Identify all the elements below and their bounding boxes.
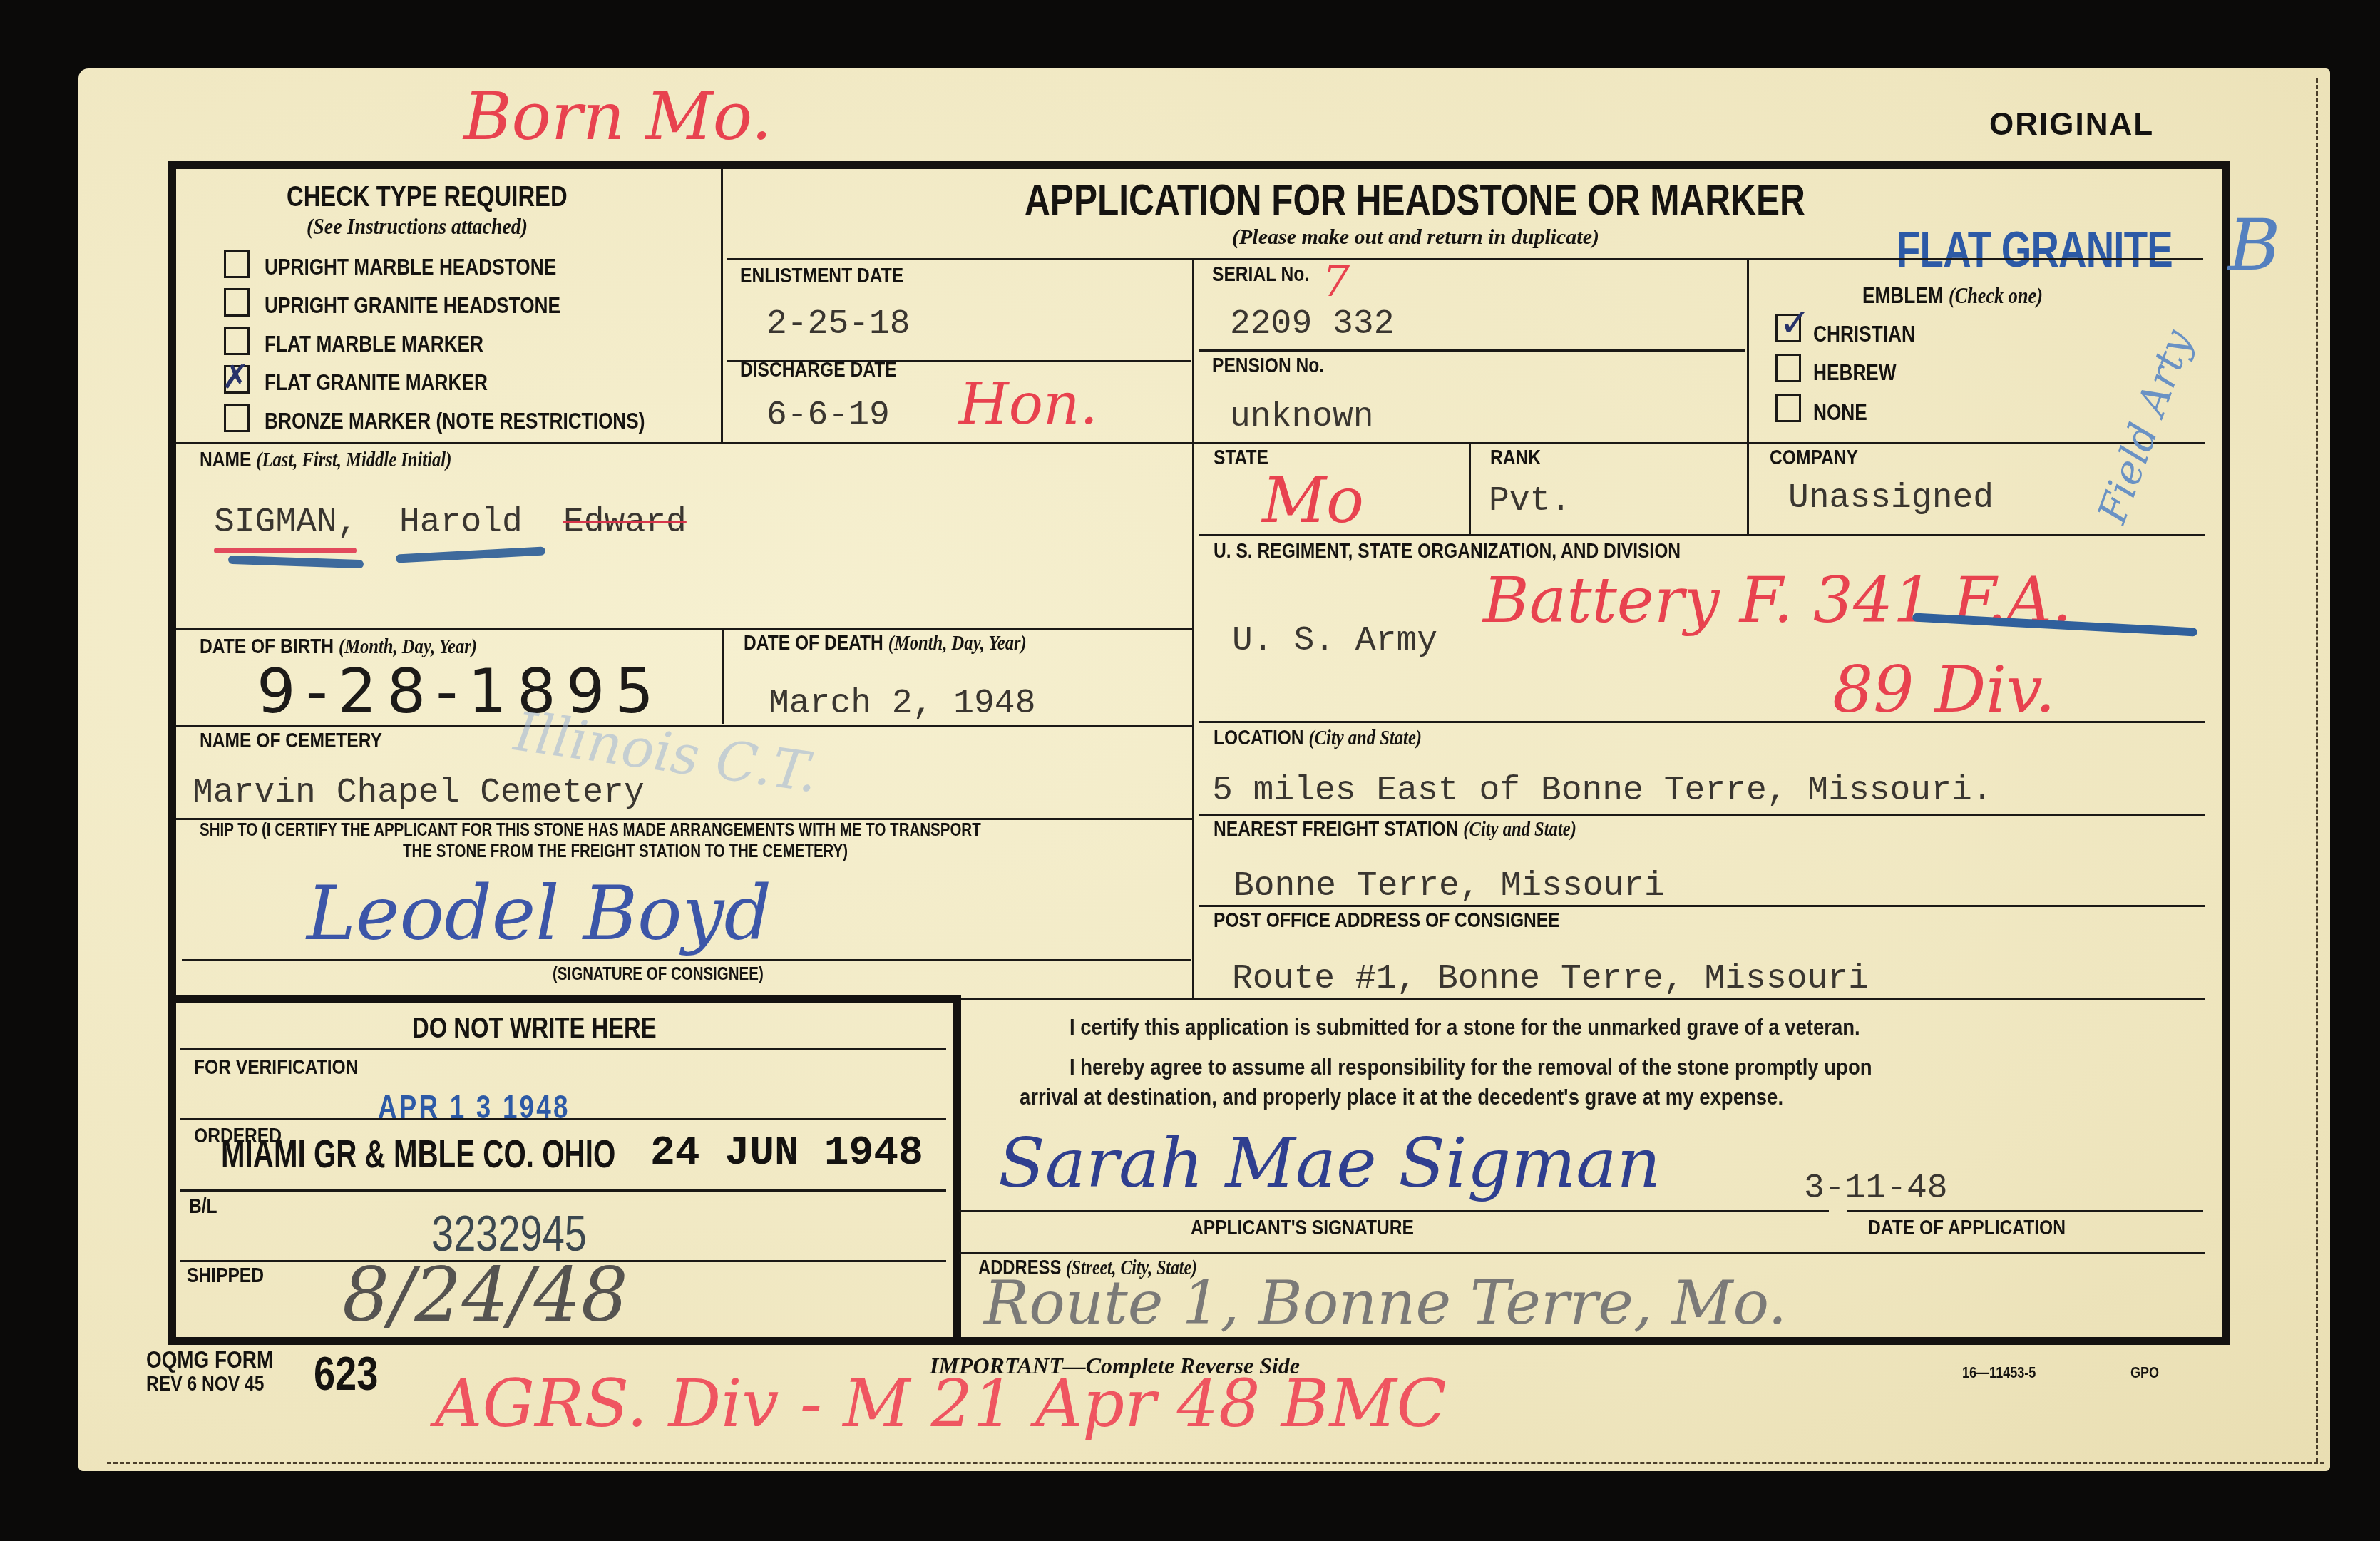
consignee-signature-caption: (SIGNATURE OF CONSIGNEE) <box>553 964 764 985</box>
checkmark-icon: ✓ <box>1779 300 1811 345</box>
pension-label: PENSION No. <box>1212 354 1324 378</box>
annotation-letter-b: B <box>2228 203 2281 287</box>
certification-line1: I certify this application is submitted … <box>1070 1014 1860 1040</box>
line-pension <box>1199 349 1745 352</box>
enlistment-label: ENLISTMENT DATE <box>740 264 903 288</box>
birth-label-note: (Month, Day, Year) <box>339 635 477 658</box>
annotation-division: 89 Div. <box>1832 652 2056 727</box>
freight-value[interactable]: Bonne Terre, Missouri <box>1233 867 1665 906</box>
name-label-note: (Last, First, Middle Initial) <box>256 448 451 471</box>
post-office-label: POST OFFICE ADDRESS OF CONSIGNEE <box>1214 908 1560 933</box>
office-use-heading: DO NOT WRITE HERE <box>412 1013 657 1045</box>
cemetery-label: NAME OF CEMETERY <box>200 729 382 753</box>
location-label: LOCATION (City and State) <box>1214 726 1422 750</box>
freight-label-note: (City and State) <box>1463 817 1576 841</box>
form-code-line1: OQMG FORM <box>146 1346 273 1374</box>
checkbox-flat-granite[interactable]: ✗ <box>224 365 250 394</box>
ship-to-label-line2: THE STONE FROM THE FREIGHT STATION TO TH… <box>403 841 848 862</box>
rank-label: RANK <box>1490 446 1541 470</box>
annotation-battery: Battery F. 341 F.A. <box>1483 563 2072 637</box>
death-label-text: DATE OF DEATH <box>744 631 883 655</box>
location-value[interactable]: 5 miles East of Bonne Terre, Missouri. <box>1212 772 1993 810</box>
company-value[interactable]: Unassigned <box>1788 479 1994 518</box>
form-title: APPLICATION FOR HEADSTONE OR MARKER <box>1025 175 1805 225</box>
form-number: 623 <box>314 1346 378 1401</box>
serial-value[interactable]: 2209 332 <box>1230 305 1394 344</box>
pension-value[interactable]: unknown <box>1230 398 1374 436</box>
address-value-handwritten[interactable]: Route 1, Bonne Terre, Mo. <box>984 1268 1787 1338</box>
annotation-honorable: Hon. <box>959 371 1098 437</box>
check-type-heading: CHECK TYPE REQUIRED <box>287 181 568 213</box>
option-flat-marble: FLAT MARBLE MARKER <box>265 331 483 357</box>
divider-death <box>722 628 724 724</box>
shipped-label: SHIPPED <box>187 1264 264 1288</box>
checkbox-none[interactable] <box>1775 394 1801 422</box>
name-last[interactable]: SIGMAN, <box>214 503 358 542</box>
death-value[interactable]: March 2, 1948 <box>769 685 1035 723</box>
underline-red <box>214 548 357 553</box>
certification-line2: I hereby agree to assume all responsibil… <box>1070 1054 1872 1080</box>
line-verification-top <box>180 1048 946 1050</box>
divider-rank <box>1469 442 1471 535</box>
checkbox-bronze[interactable] <box>224 404 250 432</box>
line-application-date <box>1847 1210 2203 1212</box>
line-birth-top <box>176 628 1192 630</box>
name-first[interactable]: Harold <box>399 503 523 542</box>
emblem-none: NONE <box>1813 399 1867 426</box>
line-location-top <box>1199 721 2205 723</box>
state-value-handwritten[interactable]: Mo <box>1262 464 1364 537</box>
applicant-signature[interactable]: Sarah Mae Sigman <box>998 1123 1661 1203</box>
option-upright-granite: UPRIGHT GRANITE HEADSTONE <box>265 292 560 319</box>
option-flat-granite: FLAT GRANITE MARKER <box>265 369 488 396</box>
checkbox-upright-granite[interactable] <box>224 288 250 317</box>
discharge-label: DISCHARGE DATE <box>740 358 897 382</box>
annotation-serial-correction: 7 <box>1323 257 1350 307</box>
line-name-top <box>176 442 2205 444</box>
rank-value[interactable]: Pvt. <box>1489 482 1571 521</box>
shipped-value: 8/24/48 <box>342 1251 628 1338</box>
name-label: NAME (Last, First, Middle Initial) <box>200 448 451 472</box>
line-regiment-top <box>1199 534 2205 536</box>
cemetery-value[interactable]: Marvin Chapel Cemetery <box>193 774 645 812</box>
ship-to-label-line1: SHIP TO (I CERTIFY THE APPLICANT FOR THI… <box>200 820 981 841</box>
annotation-born: Born Mo. <box>463 78 772 155</box>
death-label-note: (Month, Day, Year) <box>888 631 1027 655</box>
option-upright-marble: UPRIGHT MARBLE HEADSTONE <box>265 254 556 280</box>
enlistment-value[interactable]: 2-25-18 <box>766 305 911 344</box>
check-type-subheading: (See Instructions attached) <box>307 214 528 240</box>
regiment-value[interactable]: U. S. Army <box>1232 622 1437 660</box>
divider-company <box>1747 442 1749 535</box>
death-label: DATE OF DEATH (Month, Day, Year) <box>744 631 1027 655</box>
option-bronze: BRONZE MARKER (NOTE RESTRICTIONS) <box>265 408 645 434</box>
emblem-heading-text: EMBLEM <box>1862 282 1944 308</box>
divider-main-vertical <box>1192 258 1194 1000</box>
emblem-heading: EMBLEM (Check one) <box>1862 282 2043 309</box>
certification-line3: arrival at destination, and properly pla… <box>1020 1084 1783 1110</box>
birth-label: DATE OF BIRTH (Month, Day, Year) <box>200 635 477 659</box>
line-certification-top <box>959 998 2205 1000</box>
divider-check-column <box>721 169 723 442</box>
name-middle-struck[interactable]: Edward <box>563 503 687 542</box>
state-label: STATE <box>1214 446 1268 470</box>
x-mark-icon: ✗ <box>222 357 250 396</box>
checkbox-flat-marble[interactable] <box>224 327 250 355</box>
bl-label: B/L <box>189 1194 217 1219</box>
line-service-top <box>727 258 2203 260</box>
line-ordered-top <box>180 1118 946 1120</box>
printer-code: GPO <box>2130 1363 2159 1382</box>
line-applicant-signature <box>959 1210 1829 1212</box>
line-bl-top <box>180 1189 946 1192</box>
regiment-label: U. S. REGIMENT, STATE ORGANIZATION, AND … <box>1214 539 1681 563</box>
application-date-label: DATE OF APPLICATION <box>1868 1216 2066 1240</box>
application-date-value[interactable]: 3-11-48 <box>1804 1169 1948 1208</box>
perforation-bottom <box>107 1462 2324 1464</box>
discharge-value[interactable]: 6-6-19 <box>766 396 890 435</box>
form-subtitle: (Please make out and return in duplicate… <box>1232 225 1599 250</box>
line-freight-top <box>1199 814 2205 816</box>
birth-label-text: DATE OF BIRTH <box>200 635 334 658</box>
ordered-stamp: MIAMI GR & MBLE CO. OHIO <box>221 1130 615 1177</box>
ordered-date-stamp: 24 JUN 1948 <box>650 1130 923 1177</box>
freight-label-text: NEAREST FREIGHT STATION <box>1214 817 1458 841</box>
line-post-office-top <box>1199 905 2205 907</box>
original-label: ORIGINAL <box>1989 107 2154 143</box>
emblem-hebrew: HEBREW <box>1813 359 1897 386</box>
location-label-note: (City and State) <box>1308 726 1422 749</box>
freight-label: NEAREST FREIGHT STATION (City and State) <box>1214 817 1576 841</box>
emblem-heading-note: (Check one) <box>1949 282 2043 308</box>
stamp-flat-granite: FLAT GRANITE <box>1897 221 2173 278</box>
checkbox-christian[interactable]: ✓ <box>1775 314 1801 342</box>
applicant-signature-label: APPLICANT'S SIGNATURE <box>1191 1216 1414 1240</box>
verification-label: FOR VERIFICATION <box>194 1055 359 1080</box>
consignee-signature[interactable]: Leodel Boyd <box>307 870 771 957</box>
checkbox-hebrew[interactable] <box>1775 354 1801 382</box>
checkbox-upright-marble[interactable] <box>224 250 250 278</box>
name-label-text: NAME <box>200 448 251 471</box>
form-code-line2: REV 6 NOV 45 <box>146 1372 264 1396</box>
line-address-top <box>959 1252 2205 1254</box>
company-label: COMPANY <box>1770 446 1858 470</box>
perforation-right <box>2316 78 2318 1462</box>
annotation-agrs: AGRS. Div - M 21 Apr 48 BMC <box>435 1366 1447 1442</box>
post-office-value[interactable]: Route #1, Bonne Terre, Missouri <box>1232 960 1869 998</box>
emblem-christian: CHRISTIAN <box>1813 321 1915 347</box>
location-label-text: LOCATION <box>1214 726 1304 749</box>
serial-label: SERIAL No. <box>1212 262 1309 287</box>
line-consignee-signature <box>182 959 1191 961</box>
print-code: 16—11453-5 <box>1962 1363 2036 1382</box>
